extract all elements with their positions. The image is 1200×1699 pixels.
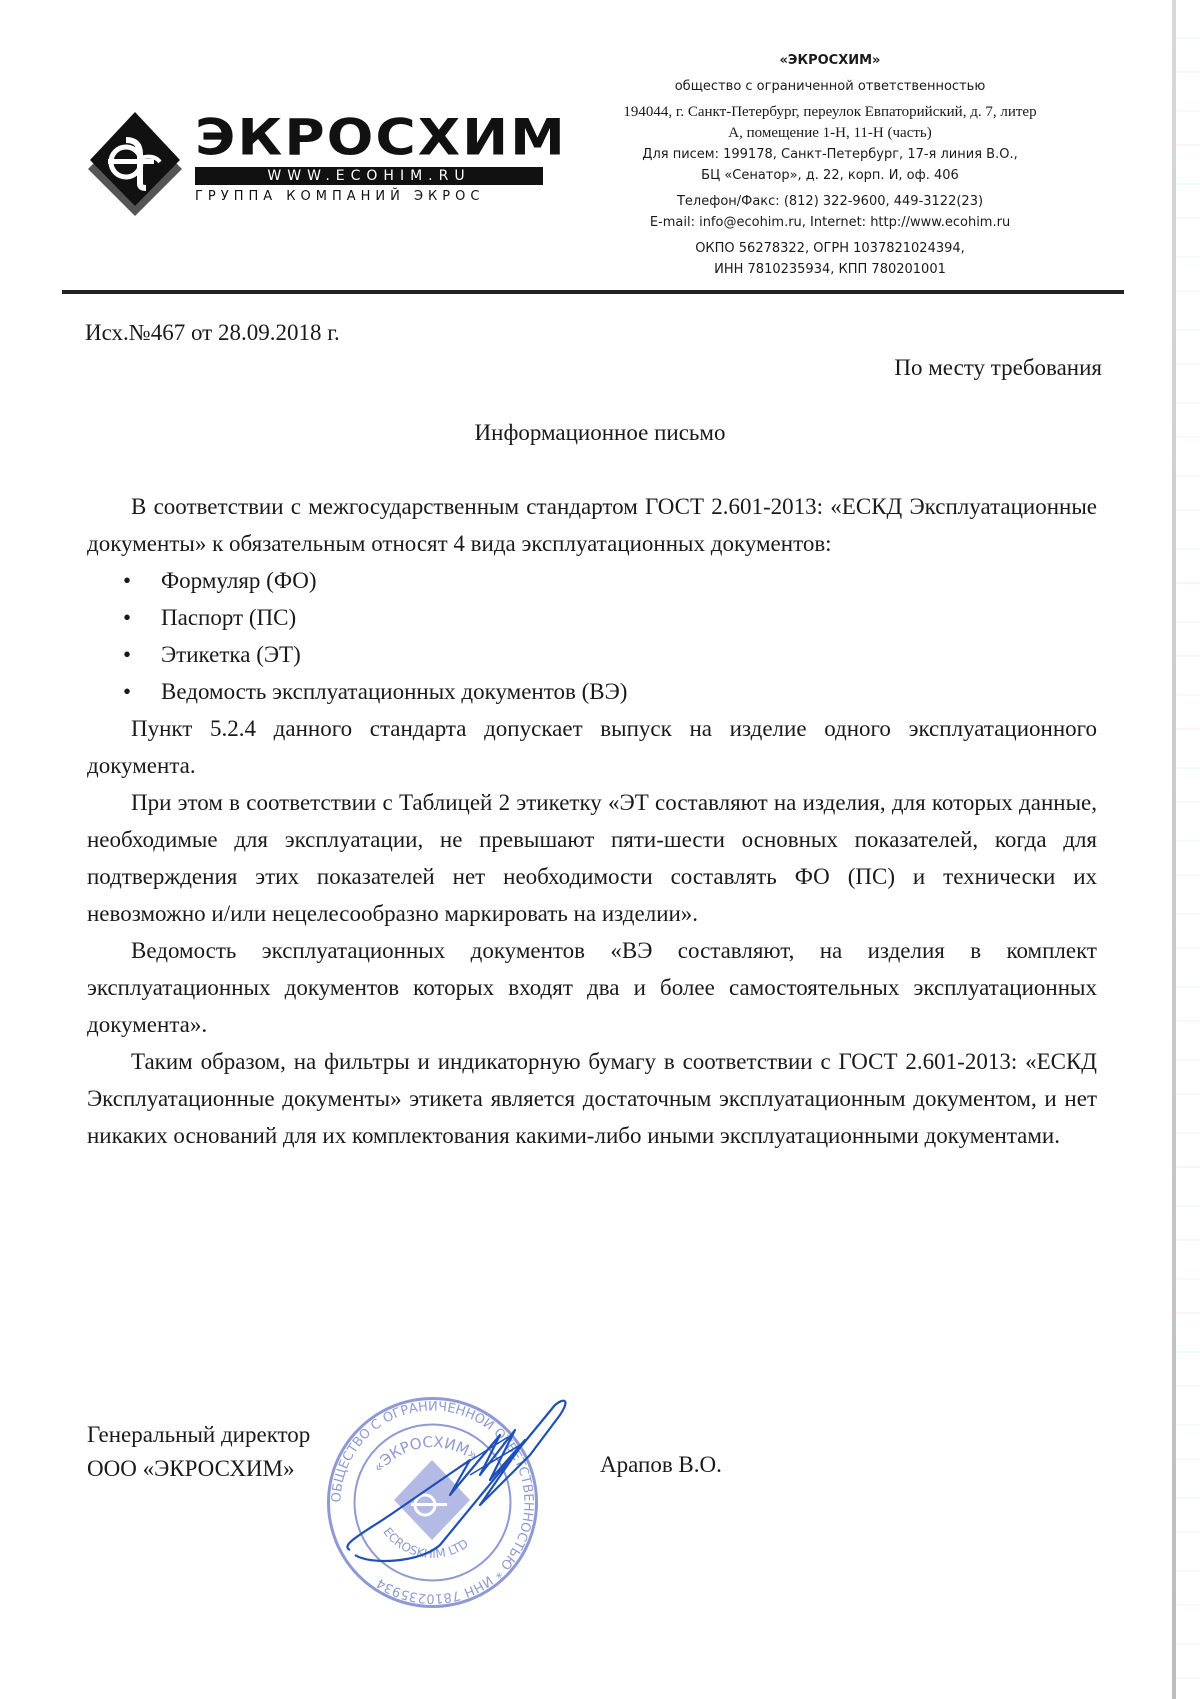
outgoing-number: Исх.№467 от 28.09.2018 г. [85, 320, 340, 346]
bullet-icon: • [123, 673, 131, 710]
document-types-list: •Формуляр (ФО) •Паспорт (ПС) •Этикетка (… [87, 562, 1097, 710]
mail-address-line2: БЦ «Сенатор», д. 22, корп. И, оф. 406 [590, 165, 1070, 186]
bullet-icon: • [123, 636, 131, 673]
company-requisites: «ЭКРОСХИМ» общество с ограниченной ответ… [590, 50, 1070, 280]
signer-position: Генеральный директор ООО «ЭКРОСХИМ» [87, 1418, 310, 1486]
phone-fax: Телефон/Факс: (812) 322-9600, 449-3122(2… [590, 191, 1070, 212]
mail-address-line1: Для писем: 199178, Санкт-Петербург, 17-я… [590, 144, 1070, 165]
company-name: «ЭКРОСХИМ» [590, 50, 1070, 71]
bullet-icon: • [123, 599, 131, 636]
logo-url: WWW.ECOHIM.RU [195, 167, 543, 185]
letter-body: В соответствии с межгосударственным стан… [87, 488, 1097, 1154]
paragraph: Ведомость эксплуатационных документов «В… [87, 932, 1097, 1043]
signer-name: Арапов В.О. [600, 1452, 722, 1478]
list-item: •Паспорт (ПС) [161, 599, 1097, 636]
addressee: По месту требования [894, 355, 1102, 381]
signer-company: ООО «ЭКРОСХИМ» [87, 1452, 310, 1486]
paragraph: В соответствии с межгосударственным стан… [87, 488, 1097, 562]
paragraph: Пункт 5.2.4 данного стандарта допускает … [87, 710, 1097, 784]
paragraph: Таким образом, на фильтры и индикаторную… [87, 1043, 1097, 1154]
list-item: •Ведомость эксплуатационных документов (… [161, 673, 1097, 710]
legal-address-line2: А, помещение 1-Н, 11-Н (часть) [590, 123, 1070, 144]
logo-group-name: ГРУППА КОМПАНИЙ ЭКРОС [195, 189, 545, 204]
registration-codes-line2: ИНН 7810235934, КПП 780201001 [590, 259, 1070, 280]
letter-title: Информационное письмо [0, 420, 1200, 446]
list-item: •Этикетка (ЭТ) [161, 636, 1097, 673]
signer-title: Генеральный директор [87, 1418, 310, 1452]
registration-codes-line1: ОКПО 56278322, ОГРН 1037821024394, [590, 238, 1070, 259]
ecroschim-diamond-logo-icon [80, 110, 190, 220]
letter-page: ЭКРОСХИМ WWW.ECOHIM.RU ГРУППА КОМПАНИЙ Э… [0, 0, 1200, 1699]
list-item: •Формуляр (ФО) [161, 562, 1097, 599]
scan-artifact-strip [1176, 0, 1200, 1699]
legal-form: общество с ограниченной ответственностью [590, 76, 1070, 97]
legal-address-line1: 194044, г. Санкт-Петербург, переулок Евп… [590, 102, 1070, 123]
bullet-icon: • [123, 562, 131, 599]
letterhead-divider [62, 290, 1124, 294]
handwritten-signature-icon [330, 1395, 620, 1565]
email-website: E-mail: info@ecohim.ru, Internet: http:/… [590, 212, 1070, 233]
company-logo: ЭКРОСХИМ WWW.ECOHIM.RU ГРУППА КОМПАНИЙ Э… [80, 110, 550, 230]
logo-wordmark: ЭКРОСХИМ [195, 113, 567, 163]
paragraph: При этом в соответствии с Таблицей 2 эти… [87, 784, 1097, 932]
